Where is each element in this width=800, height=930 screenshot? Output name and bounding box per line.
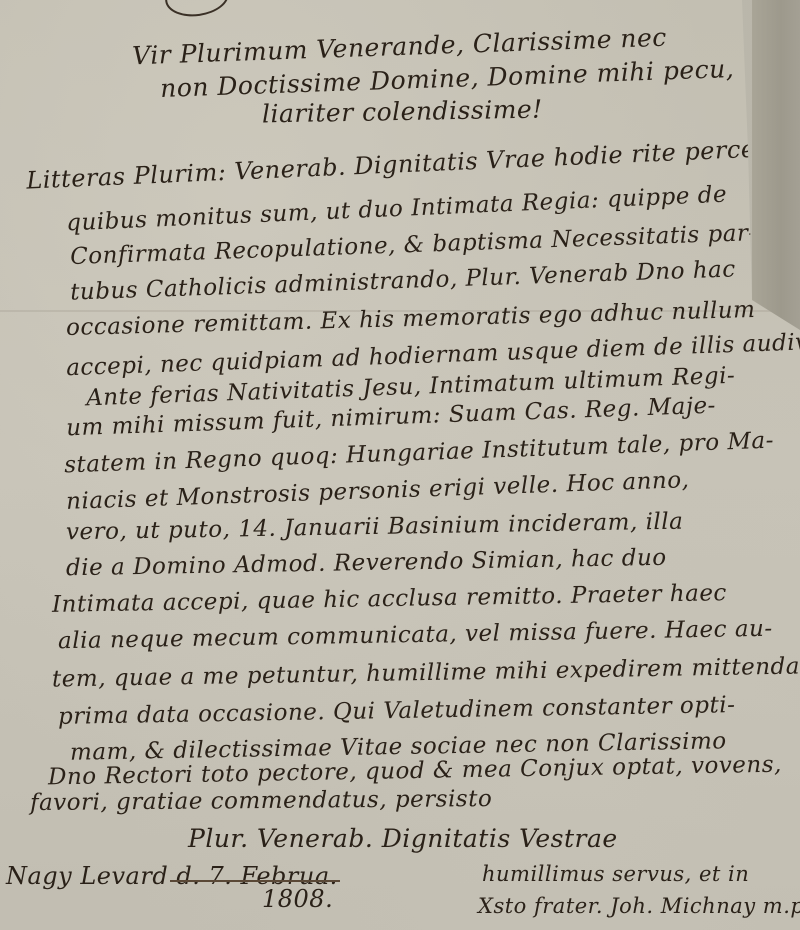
body-line-14: alia neque mecum communicata, vel missa …: [58, 616, 773, 654]
document-scene: Vir Plurimum Venerande, Clarissime nec n…: [0, 0, 800, 930]
signature-line-2: Xsto frater. Joh. Michnay m.p.: [478, 894, 800, 918]
date-underline: [170, 880, 340, 882]
body-line-13: Intimata accepi, quae hic acclusa remitt…: [52, 580, 727, 618]
letter-paper: Vir Plurimum Venerande, Clarissime nec n…: [0, 0, 800, 930]
body-line-16: prima data occasione. Qui Valetudinem co…: [58, 692, 736, 730]
body-line-11: vero, ut puto, 14. Januarii Basinium inc…: [66, 509, 684, 546]
body-line-12: die a Domino Admod. Reverendo Simian, ha…: [66, 545, 667, 581]
year: 1808.: [262, 885, 333, 913]
ink-flourish-circle: [163, 0, 232, 20]
salutation-line-3: liariter colendissime!: [262, 95, 543, 129]
body-line-15: tem, quae a me petuntur, humillime mihi …: [52, 653, 800, 692]
body-line-19: favori, gratiae commendatus, persisto: [30, 786, 492, 816]
signature-line-1: humillimus servus, et in: [482, 862, 749, 886]
closing-line: Plur. Venerab. Dignitatis Vestrae: [188, 824, 618, 853]
